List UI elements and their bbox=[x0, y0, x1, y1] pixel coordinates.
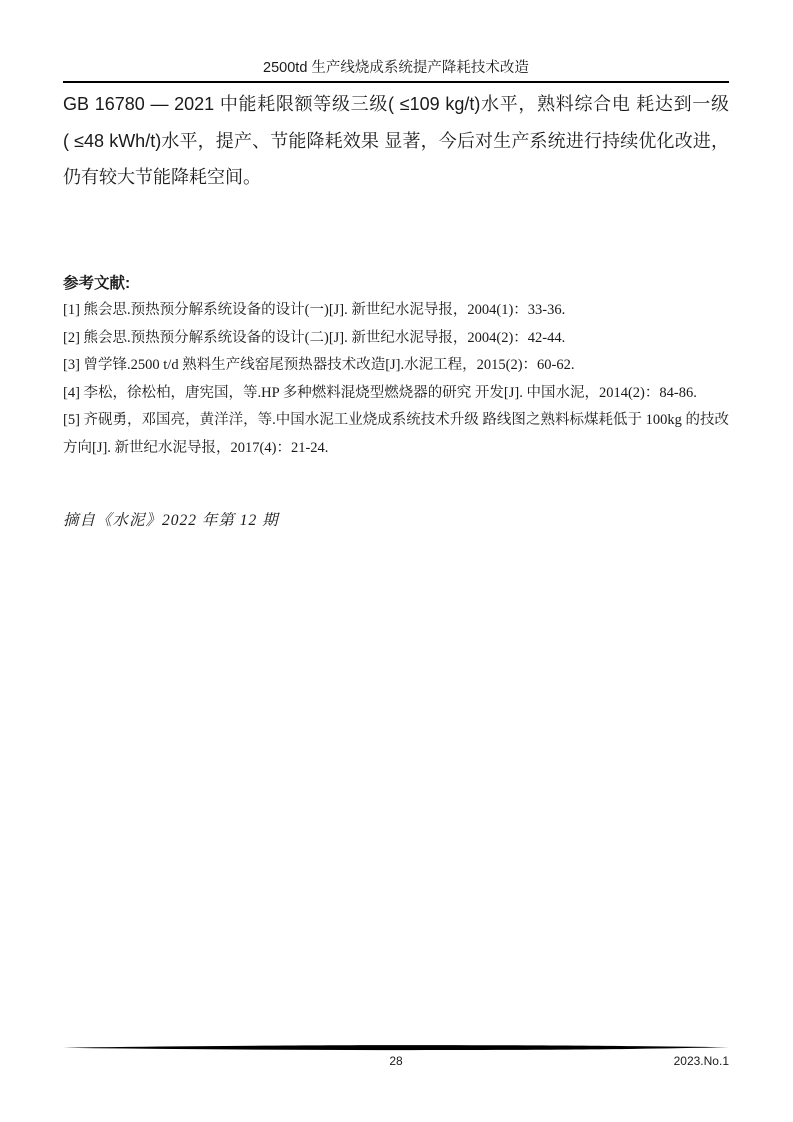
reference-item: [5] 齐砚勇，邓国亮，黄洋洋，等.中国水泥工业烧成系统技术升级 路线图之熟料标… bbox=[63, 407, 729, 462]
reference-item: [2] 熊会思.预热预分解系统设备的设计(二)[J]. 新世纪水泥导报，2004… bbox=[63, 325, 729, 353]
page-number: 28 bbox=[389, 1054, 402, 1068]
reference-item: [4] 李松，徐松柏，唐宪国，等.HP 多种燃料混烧型燃烧器的研究 开发[J].… bbox=[63, 380, 729, 408]
source-note: 摘自《水泥》2022 年第 12 期 bbox=[63, 508, 729, 534]
body-line: ( ≤48 kWh/t)水平，提产、节能降耗效果 显著，今后对生产系统进行持续优… bbox=[63, 123, 729, 160]
issue-label: 2023.No.1 bbox=[674, 1053, 729, 1069]
reference-item: [1] 熊会思.预热预分解系统设备的设计(一)[J]. 新世纪水泥导报，2004… bbox=[63, 297, 729, 325]
reference-item: [3] 曾学锋.2500 t/d 熟料生产线窑尾预热器技术改造[J].水泥工程，… bbox=[63, 352, 729, 380]
body-line: 仍有较大节能降耗空间。 bbox=[63, 159, 729, 196]
document-page: 2500td 生产线烧成系统提产降耗技术改造 GB 16780 — 2021 中… bbox=[0, 0, 793, 1122]
body-paragraph: GB 16780 — 2021 中能耗限额等级三级( ≤109 kg/t)水平，… bbox=[63, 86, 729, 196]
header-rule bbox=[63, 81, 729, 83]
running-header-title: 2500td 生产线烧成系统提产降耗技术改造 bbox=[63, 58, 729, 78]
references-heading: 参考文献: bbox=[63, 273, 729, 295]
body-line: GB 16780 — 2021 中能耗限额等级三级( ≤109 kg/t)水平，… bbox=[63, 86, 729, 123]
footer-rule bbox=[63, 1045, 729, 1051]
references-list: [1] 熊会思.预热预分解系统设备的设计(一)[J]. 新世纪水泥导报，2004… bbox=[63, 297, 729, 463]
footer: 28 2023.No.1 bbox=[63, 1053, 729, 1069]
